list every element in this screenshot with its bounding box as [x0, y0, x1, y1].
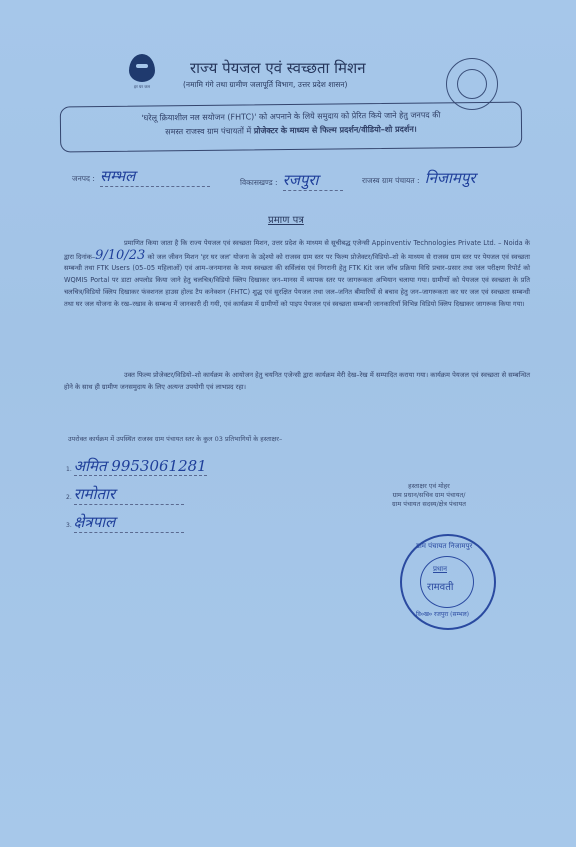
participant-2-number: 2.: [66, 494, 72, 501]
participant-1: 1. अमित 9953061281: [66, 456, 207, 476]
certificate-paragraph-2: उक्त फिल्म प्रोजेक्टर/विडियो–शो कार्यक्र…: [64, 370, 530, 393]
signatory-line-3: ग्राम पंचायत सदस्य/क्षेत्र पंचायत: [392, 500, 466, 509]
panchayat-field: राजस्व ग्राम पंचायत : निजामपुर: [362, 168, 476, 188]
logo-caption: हर घर जल: [122, 84, 162, 89]
panchayat-value: निजामपुर: [425, 169, 476, 187]
participant-3-number: 3.: [66, 522, 72, 529]
participants-intro: उपरोक्त कार्यक्रम में उपस्थित राजस्व ग्र…: [68, 434, 358, 444]
seal-inner-ring: प्रधान रामवती: [420, 556, 474, 608]
seal-top-text: ग्राम पंचायत निजामपुर: [416, 542, 472, 551]
district-field: जनपद : सम्भल: [72, 166, 210, 187]
signatory-line-2: ग्राम प्रधान/सचिव ग्राम पंचायत/: [392, 491, 466, 500]
participant-3: 3. क्षेत्रपाल: [66, 512, 184, 533]
participant-3-signature: क्षेत्रपाल: [74, 512, 184, 533]
signatory-line-1: हस्ताक्षर एवं मोहर: [392, 482, 466, 491]
jal-jeevan-mission-logo: हर घर जल: [122, 54, 162, 98]
gram-panchayat-seal: ग्राम पंचायत निजामपुर प्रधान रामवती वि०ख…: [400, 534, 496, 630]
seal-bottom-text: वि०ख० रजपुरा (सम्भल): [416, 610, 469, 618]
banner-line-2-bold: प्रोजेक्टर के माध्यम से फिल्म प्रदर्शन/व…: [254, 125, 417, 136]
block-field: विकासखण्ड : रजपुरा: [240, 170, 343, 191]
mission-title: राज्य पेयजल एवं स्वच्छता मिशन: [190, 58, 440, 78]
participant-2: 2. रामोतार: [66, 484, 184, 505]
block-value: रजपुरा: [283, 170, 343, 191]
mission-subtitle: (नमामि गंगे तथा ग्रामीण जलापूर्ति विभाग,…: [183, 80, 453, 90]
seal-signature: रामवती: [427, 579, 454, 593]
signatory-block: हस्ताक्षर एवं मोहर ग्राम प्रधान/सचिव ग्र…: [392, 482, 466, 509]
certificate-heading: प्रमाण पत्र: [268, 212, 304, 226]
event-date: 9/10/23: [95, 248, 145, 263]
program-banner: 'घरेलू क्रियाशील नल सयोजन (FHTC)' को अपन…: [60, 102, 522, 153]
district-value: सम्भल: [100, 166, 210, 187]
block-label: विकासखण्ड :: [240, 178, 278, 187]
participant-1-number: 1.: [66, 466, 72, 473]
seal-role: प्रधान: [433, 565, 447, 574]
water-drop-tap-icon: [129, 54, 155, 82]
participant-2-signature: रामोतार: [74, 484, 184, 505]
certificate-paragraph-1: प्रमाणित किया जाता है कि राज्य पेयजल एवं…: [64, 238, 530, 310]
emblem-inner-ring: [457, 69, 487, 99]
participant-1-signature: अमित 9953061281: [74, 457, 207, 476]
district-label: जनपद :: [72, 174, 95, 183]
panchayat-label: राजस्व ग्राम पंचायत :: [362, 176, 420, 185]
banner-line-2-plain: समस्त राजस्व ग्राम पंचायतों में: [165, 126, 254, 136]
